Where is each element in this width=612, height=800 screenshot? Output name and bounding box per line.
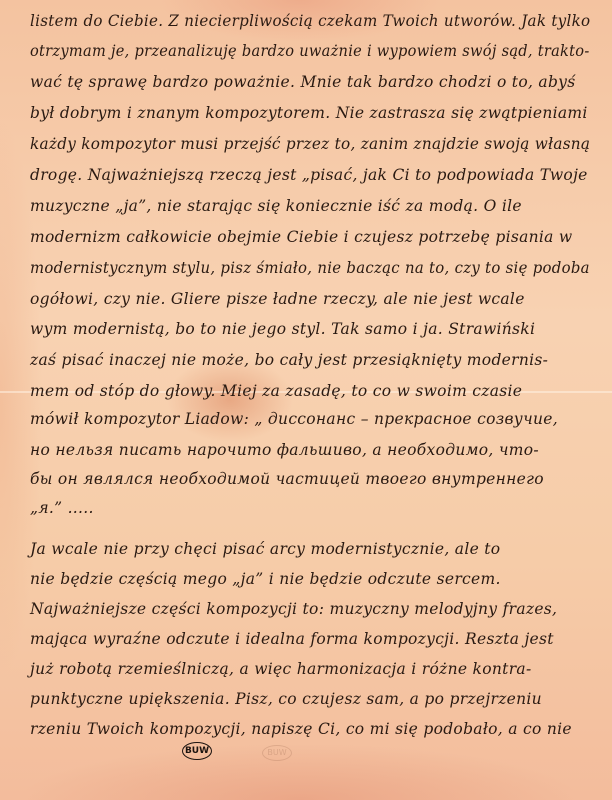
letter-line: był dobrym i znanym kompozytorem. Nie za…	[30, 104, 588, 122]
letter-line: wać tę sprawę bardzo poważnie. Mnie tak …	[30, 73, 576, 91]
letter-line: muzyczne „ja”, nie starając się konieczn…	[30, 197, 522, 215]
library-stamp: BUW	[182, 742, 212, 760]
letter-line: otrzymam je, przeanalizuję bardzo uważni…	[30, 42, 590, 60]
letter-line: listem do Ciebie. Z niecierpliwością cze…	[30, 12, 590, 30]
faded-stamp-impression: BUW	[262, 745, 292, 761]
letter-line: „я.” .....	[30, 499, 94, 517]
letter-line: rzeniu Twoich kompozycji, napiszę Ci, co…	[30, 720, 572, 738]
letter-line: ogółowi, czy nie. Gliere pisze ładne rze…	[30, 290, 525, 308]
letter-line: Najważniejsze części kompozycji to: muzy…	[30, 600, 557, 618]
letter-line: punktyczne upiększenia. Pisz, co czujesz…	[30, 690, 542, 708]
letter-line: modernistycznym stylu, pisz śmiało, nie …	[30, 259, 590, 277]
letter-line: już robotą rzemieślniczą, a więc harmoni…	[30, 660, 531, 678]
letter-line: zaś pisać inaczej nie może, bo cały jest…	[30, 351, 548, 369]
letter-line: modernizm całkowicie obejmie Ciebie i cz…	[30, 228, 573, 246]
letter-line: Ja wcale nie przy chęci pisać arcy moder…	[30, 540, 500, 558]
letter-line: но нельзя писать нарочито фальшиво, а не…	[30, 441, 539, 459]
letter-line: mówił kompozytor Liadow: „ диссонанс – п…	[30, 410, 558, 428]
letter-line: mająca wyraźne odczute i idealna forma k…	[30, 630, 554, 648]
letter-line: wym modernistą, bo to nie jego styl. Tak…	[30, 320, 535, 338]
letter-line: każdy kompozytor musi przejść przez to, …	[30, 135, 590, 153]
letter-line: nie będzie częścią mego „ja” i nie będzi…	[30, 570, 501, 588]
letter-line: бы он являлся необходимой частицей твоег…	[30, 470, 544, 488]
letter-line: mem od stóp do głowy. Miej za zasadę, to…	[30, 382, 522, 400]
letter-line: drogę. Najważniejszą rzeczą jest „pisać,…	[30, 166, 588, 184]
